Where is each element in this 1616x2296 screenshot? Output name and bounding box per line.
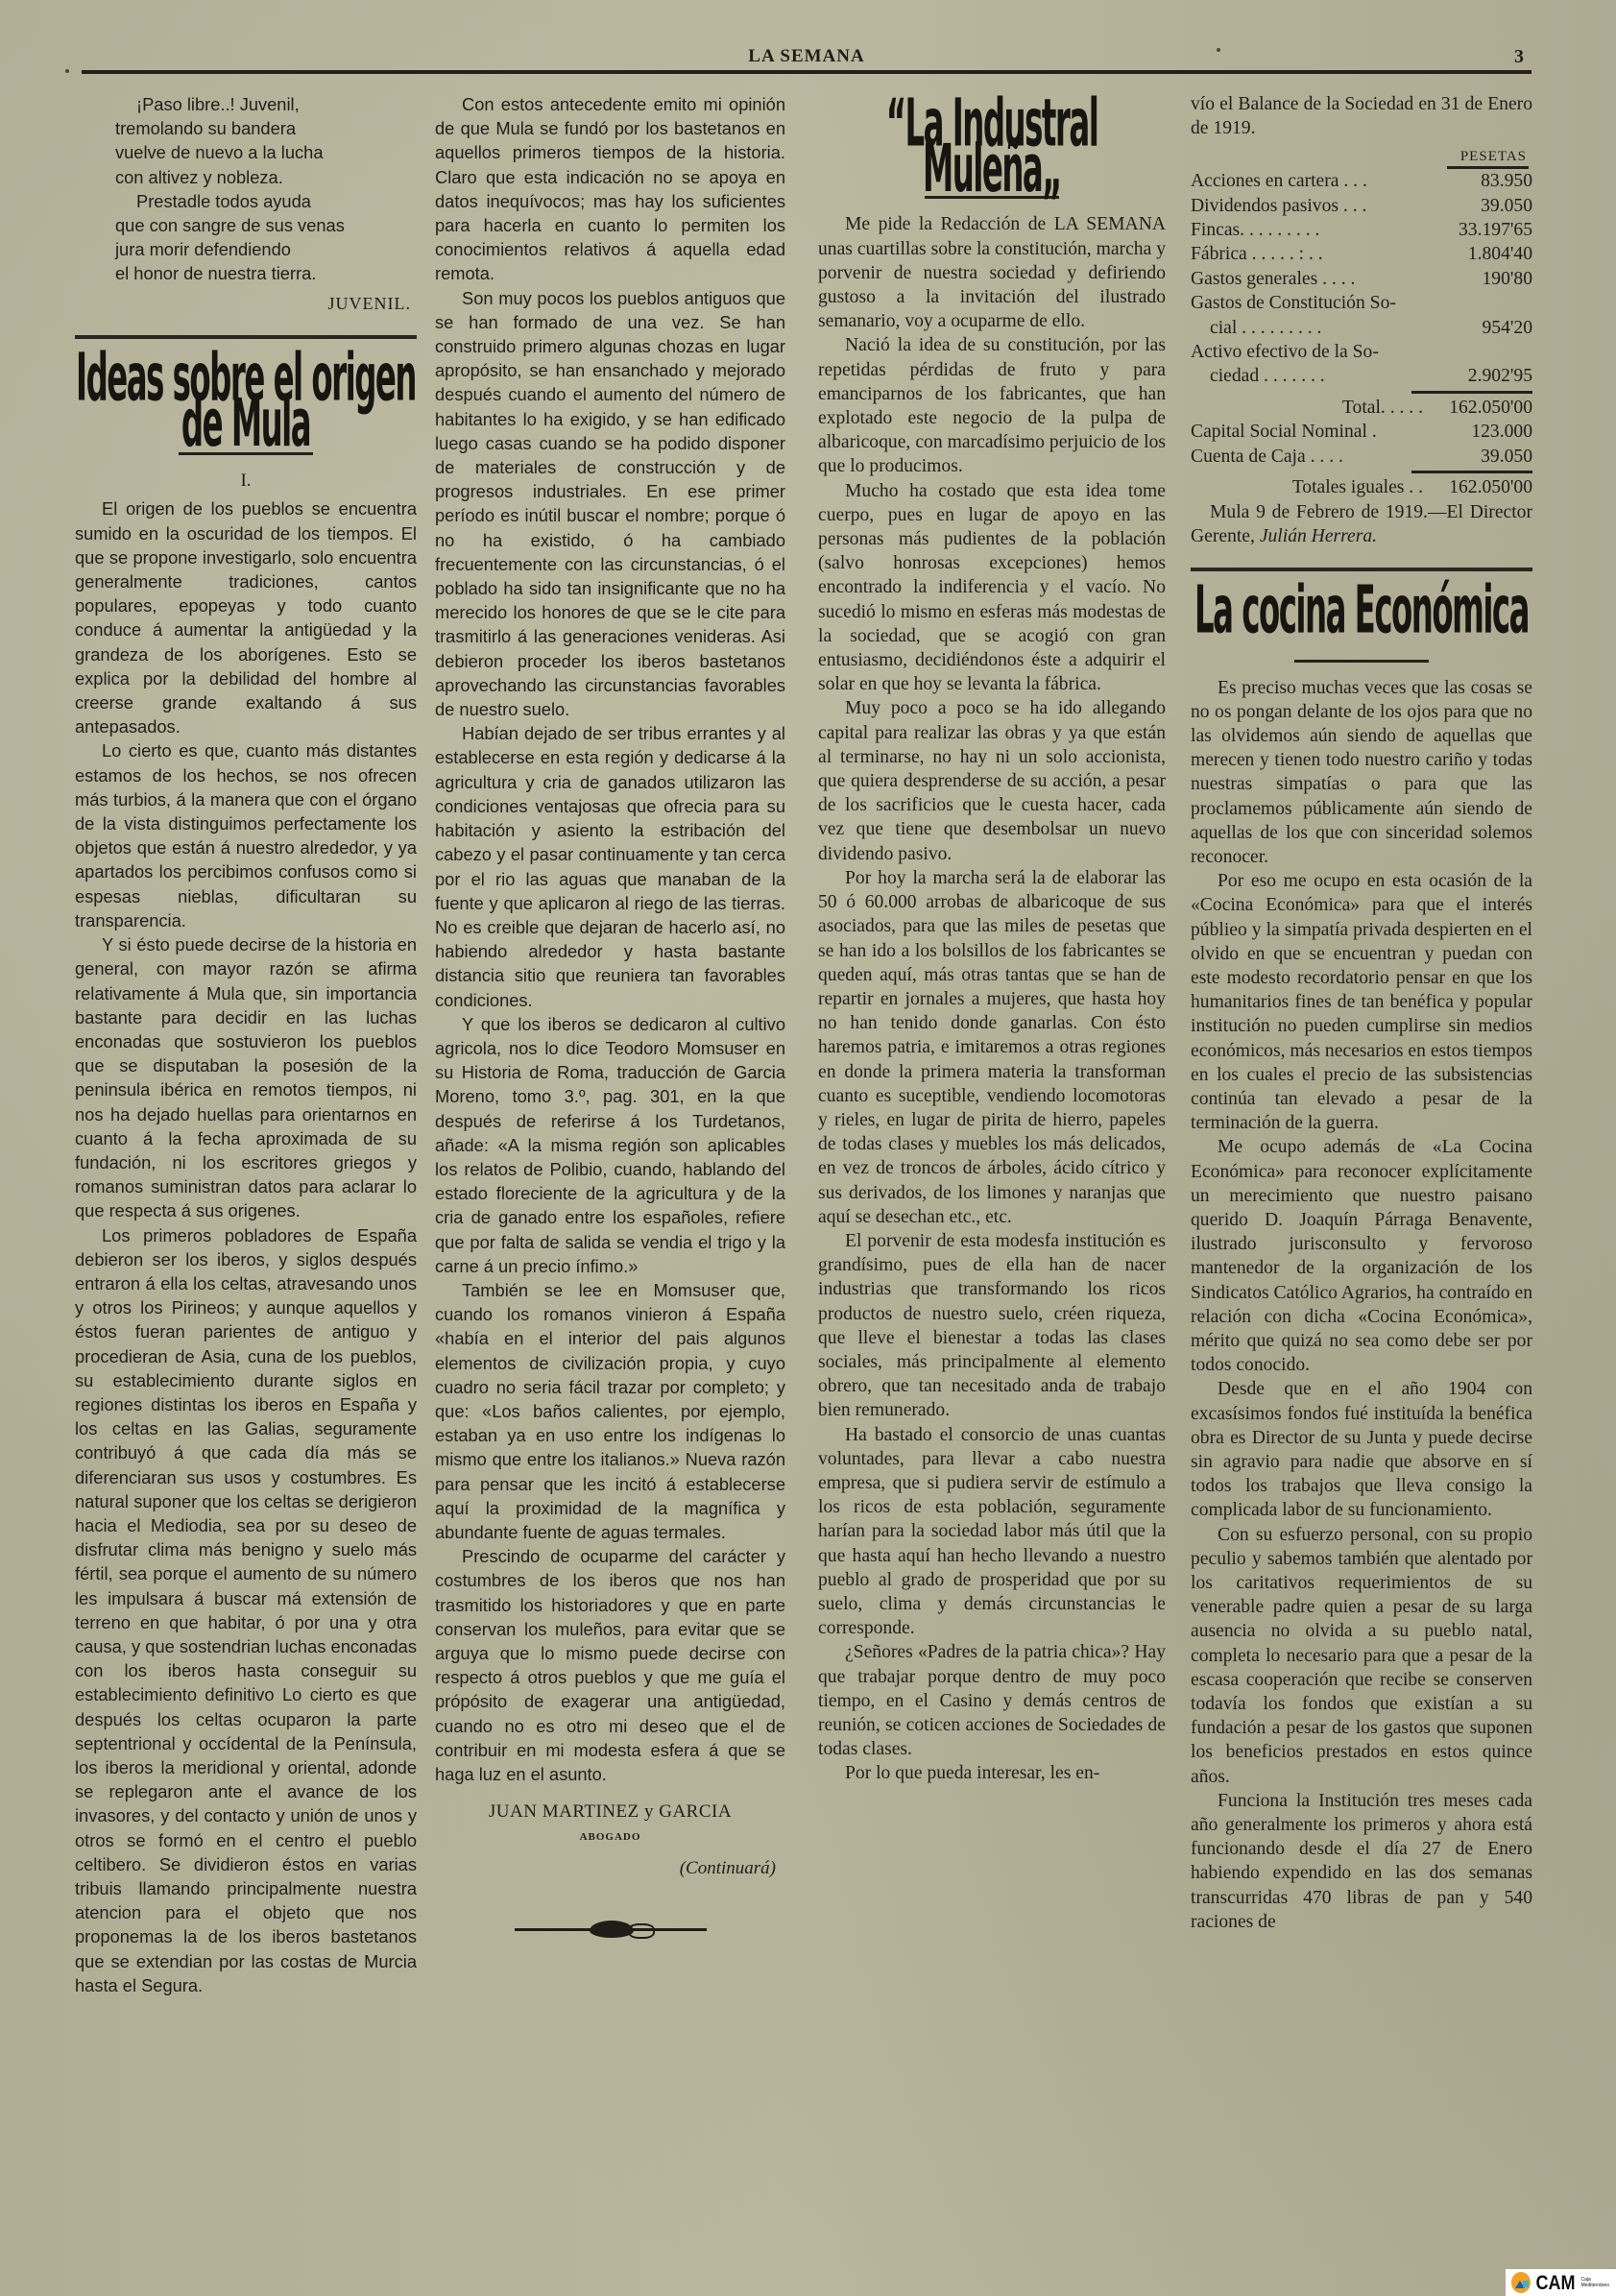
- balance-row: Capital Social Nominal .123.000: [1191, 420, 1532, 444]
- paragraph: Por hoy la marcha será la de elaborar la…: [818, 866, 1166, 1229]
- paragraph: El origen de los pueblos se encuentra su…: [75, 496, 417, 738]
- balance-row: Gastos de Constitución So-: [1191, 291, 1532, 315]
- total-value: 162.050'00: [1429, 396, 1532, 420]
- cam-logo-icon: [1511, 2272, 1531, 2293]
- row-value: 39.050: [1429, 445, 1532, 469]
- poem-signature: JUVENIL.: [75, 292, 411, 316]
- page-number: 3: [1514, 46, 1524, 68]
- paragraph: Con su esfuerzo personal, con su propio …: [1191, 1523, 1532, 1789]
- row-value: 123.000: [1429, 420, 1532, 444]
- row-label: Acciones en cartera . . .: [1191, 169, 1429, 193]
- paragraph: Funciona la Institución tres meses cada …: [1191, 1789, 1532, 1934]
- author-name: JUAN MARTINEZ y GARCIA: [435, 1800, 785, 1824]
- paragraph: Por lo que pueda interesar, les en-: [818, 1761, 1166, 1785]
- paragraph: Desde que en el año 1904 con excasísimos…: [1191, 1377, 1532, 1522]
- poem-line: que con sangre de sus venas: [115, 213, 417, 237]
- row-label: Cuenta de Caja . . . .: [1191, 445, 1429, 469]
- paragraph: Por eso me ocupo en esta ocasión de la «…: [1191, 869, 1532, 1135]
- row-label: Fincas. . . . . . . . .: [1191, 218, 1429, 242]
- paragraph: Son muy pocos los pueblos antiguos que s…: [435, 286, 785, 722]
- balance-row: Cuenta de Caja . . . .39.050: [1191, 445, 1532, 469]
- balance-row: Fábrica . . . . . : . .1.804'40: [1191, 242, 1532, 266]
- poem-line: Prestadle todos ayuda: [115, 189, 417, 213]
- sum-rule: [1411, 391, 1532, 394]
- poem-line: el honor de nuestra tierra.: [115, 261, 417, 285]
- row-label: ciedad . . . . . . .: [1191, 364, 1429, 388]
- balance-row: cial . . . . . . . . .954'20: [1191, 316, 1532, 340]
- column-2: Con estos antecedente emito mi opinión d…: [435, 92, 785, 1940]
- balance-row: Fincas. . . . . . . . .33.197'65: [1191, 218, 1532, 242]
- paragraph: El porvenir de esta modesfa institución …: [818, 1229, 1166, 1423]
- section-number: I.: [75, 469, 417, 493]
- masthead-rule: [82, 70, 1532, 74]
- row-label: Capital Social Nominal .: [1191, 420, 1429, 444]
- paragraph: Lo cierto es que, cuanto más distantes e…: [75, 738, 417, 932]
- balance-grand-total-row: Totales iguales . .162.050'00: [1191, 475, 1532, 499]
- newspaper-title: LA SEMANA: [82, 46, 1532, 67]
- sum-rule: [1411, 471, 1532, 473]
- article-title-industral: “La Industral Muleña„: [818, 102, 1166, 194]
- paragraph: Me ocupo además de «La Cocina Económica»…: [1191, 1135, 1532, 1377]
- cam-brand: CAM: [1536, 2270, 1576, 2294]
- row-value: 954'20: [1429, 316, 1532, 340]
- column-3: “La Industral Muleña„ Me pide la Redacci…: [818, 92, 1166, 1786]
- continued-note: (Continuará): [435, 1856, 776, 1880]
- paragraph: Es preciso muchas veces que las cosas se…: [1191, 676, 1532, 870]
- column-4: vío el Balance de la Sociedad en 31 de E…: [1191, 92, 1532, 1934]
- row-value: [1429, 340, 1532, 364]
- paragraph: Y que los iberos se dedicaron al cultivo…: [435, 1012, 785, 1278]
- paragraph: Con estos antecedente emito mi opinión d…: [435, 92, 785, 286]
- paragraph: ¿Señores «Padres de la patria chica»? Ha…: [818, 1640, 1166, 1761]
- column-1: ¡Paso libre..! Juvenil, tremolando su ba…: [75, 92, 417, 1997]
- row-value: 33.197'65: [1429, 218, 1532, 242]
- section-divider: [75, 335, 417, 339]
- title-underline: [1294, 660, 1429, 663]
- poem-line: jura morir defendiendo: [115, 237, 417, 261]
- row-value: [1429, 291, 1532, 315]
- section-divider: [1191, 568, 1532, 571]
- balance-table: PESETAS Acciones en cartera . . .83.950 …: [1191, 145, 1532, 500]
- row-value: 83.950: [1429, 169, 1532, 193]
- poem: ¡Paso libre..! Juvenil, tremolando su ba…: [75, 92, 417, 286]
- paragraph: Me pide la Redacción de LA SEMANA unas c…: [818, 212, 1166, 333]
- paragraph: Los primeros pobladores de España debier…: [75, 1223, 417, 1998]
- paragraph: Muy poco a poco se ha ido allegando capi…: [818, 696, 1166, 865]
- cam-subtitle: Caja Mediterráneo: [1581, 2277, 1616, 2288]
- poem-line: vuelve de nuevo a la lucha: [115, 140, 417, 164]
- balance-intro: vío el Balance de la Sociedad en 31 de E…: [1191, 92, 1532, 141]
- paragraph: Prescindo de ocuparme del carácter y cos…: [435, 1544, 785, 1786]
- row-label: Gastos generales . . . .: [1191, 267, 1429, 291]
- paragraph: También se lee en Momsuser que, cuando l…: [435, 1278, 785, 1544]
- author-role: ABOGADO: [435, 1825, 785, 1849]
- ornament-divider-icon: [515, 1919, 707, 1940]
- paragraph: Nació la idea de su constitución, por la…: [818, 333, 1166, 478]
- row-label: Gastos de Constitución So-: [1191, 291, 1429, 315]
- row-value: 1.804'40: [1429, 242, 1532, 266]
- signer-name: Julián Herrera.: [1260, 526, 1377, 546]
- row-value: 39.050: [1429, 194, 1532, 218]
- balance-currency-header: PESETAS: [1191, 145, 1532, 169]
- balance-row: ciedad . . . . . . .2.902'95: [1191, 364, 1532, 388]
- article-title-ideas: Ideas sobre el origen de Mula: [75, 356, 417, 448]
- poem-line: con altivez y nobleza.: [115, 165, 417, 189]
- grand-total-value: 162.050'00: [1429, 475, 1532, 499]
- row-label: cial . . . . . . . . .: [1191, 316, 1429, 340]
- balance-row: Dividendos pasivos . . .39.050: [1191, 194, 1532, 218]
- paragraph: Ha bastado el consorcio de unas cuantas …: [818, 1423, 1166, 1641]
- cam-logo: CAM Caja Mediterráneo: [1506, 2269, 1616, 2296]
- row-label: Dividendos pasivos . . .: [1191, 194, 1429, 218]
- balance-row: Activo efectivo de la So-: [1191, 340, 1532, 364]
- paper-speck: [1217, 48, 1220, 52]
- article-title-cocina: La cocina Económica: [1191, 589, 1532, 635]
- row-label: Activo efectivo de la So-: [1191, 340, 1429, 364]
- poem-line: ¡Paso libre..! Juvenil,: [115, 92, 417, 116]
- currency-label: PESETAS: [1447, 149, 1529, 169]
- masthead: LA SEMANA 3: [82, 46, 1532, 69]
- row-value: 190'80: [1429, 267, 1532, 291]
- grand-total-label: Totales iguales . .: [1191, 475, 1429, 499]
- row-label: Fábrica . . . . . : . .: [1191, 242, 1429, 266]
- dateline: Mula 9 de Febrero de 1919.—El Director G…: [1191, 500, 1532, 549]
- author-name-text: JUAN MARTINEZ y GARCIA: [489, 1801, 732, 1822]
- paper-speck: [65, 69, 69, 73]
- total-label: Total. . . . .: [1191, 396, 1429, 420]
- paragraph: Habían dejado de ser tribus errantes y a…: [435, 721, 785, 1011]
- paragraph: Mucho ha costado que esta idea tome cuer…: [818, 479, 1166, 697]
- balance-row: Acciones en cartera . . .83.950: [1191, 169, 1532, 193]
- poem-line: tremolando su bandera: [115, 116, 417, 140]
- row-value: 2.902'95: [1429, 364, 1532, 388]
- paragraph: Y si ésto puede decirse de la historia e…: [75, 932, 417, 1222]
- balance-total-row: Total. . . . .162.050'00: [1191, 396, 1532, 420]
- balance-row: Gastos generales . . . .190'80: [1191, 267, 1532, 291]
